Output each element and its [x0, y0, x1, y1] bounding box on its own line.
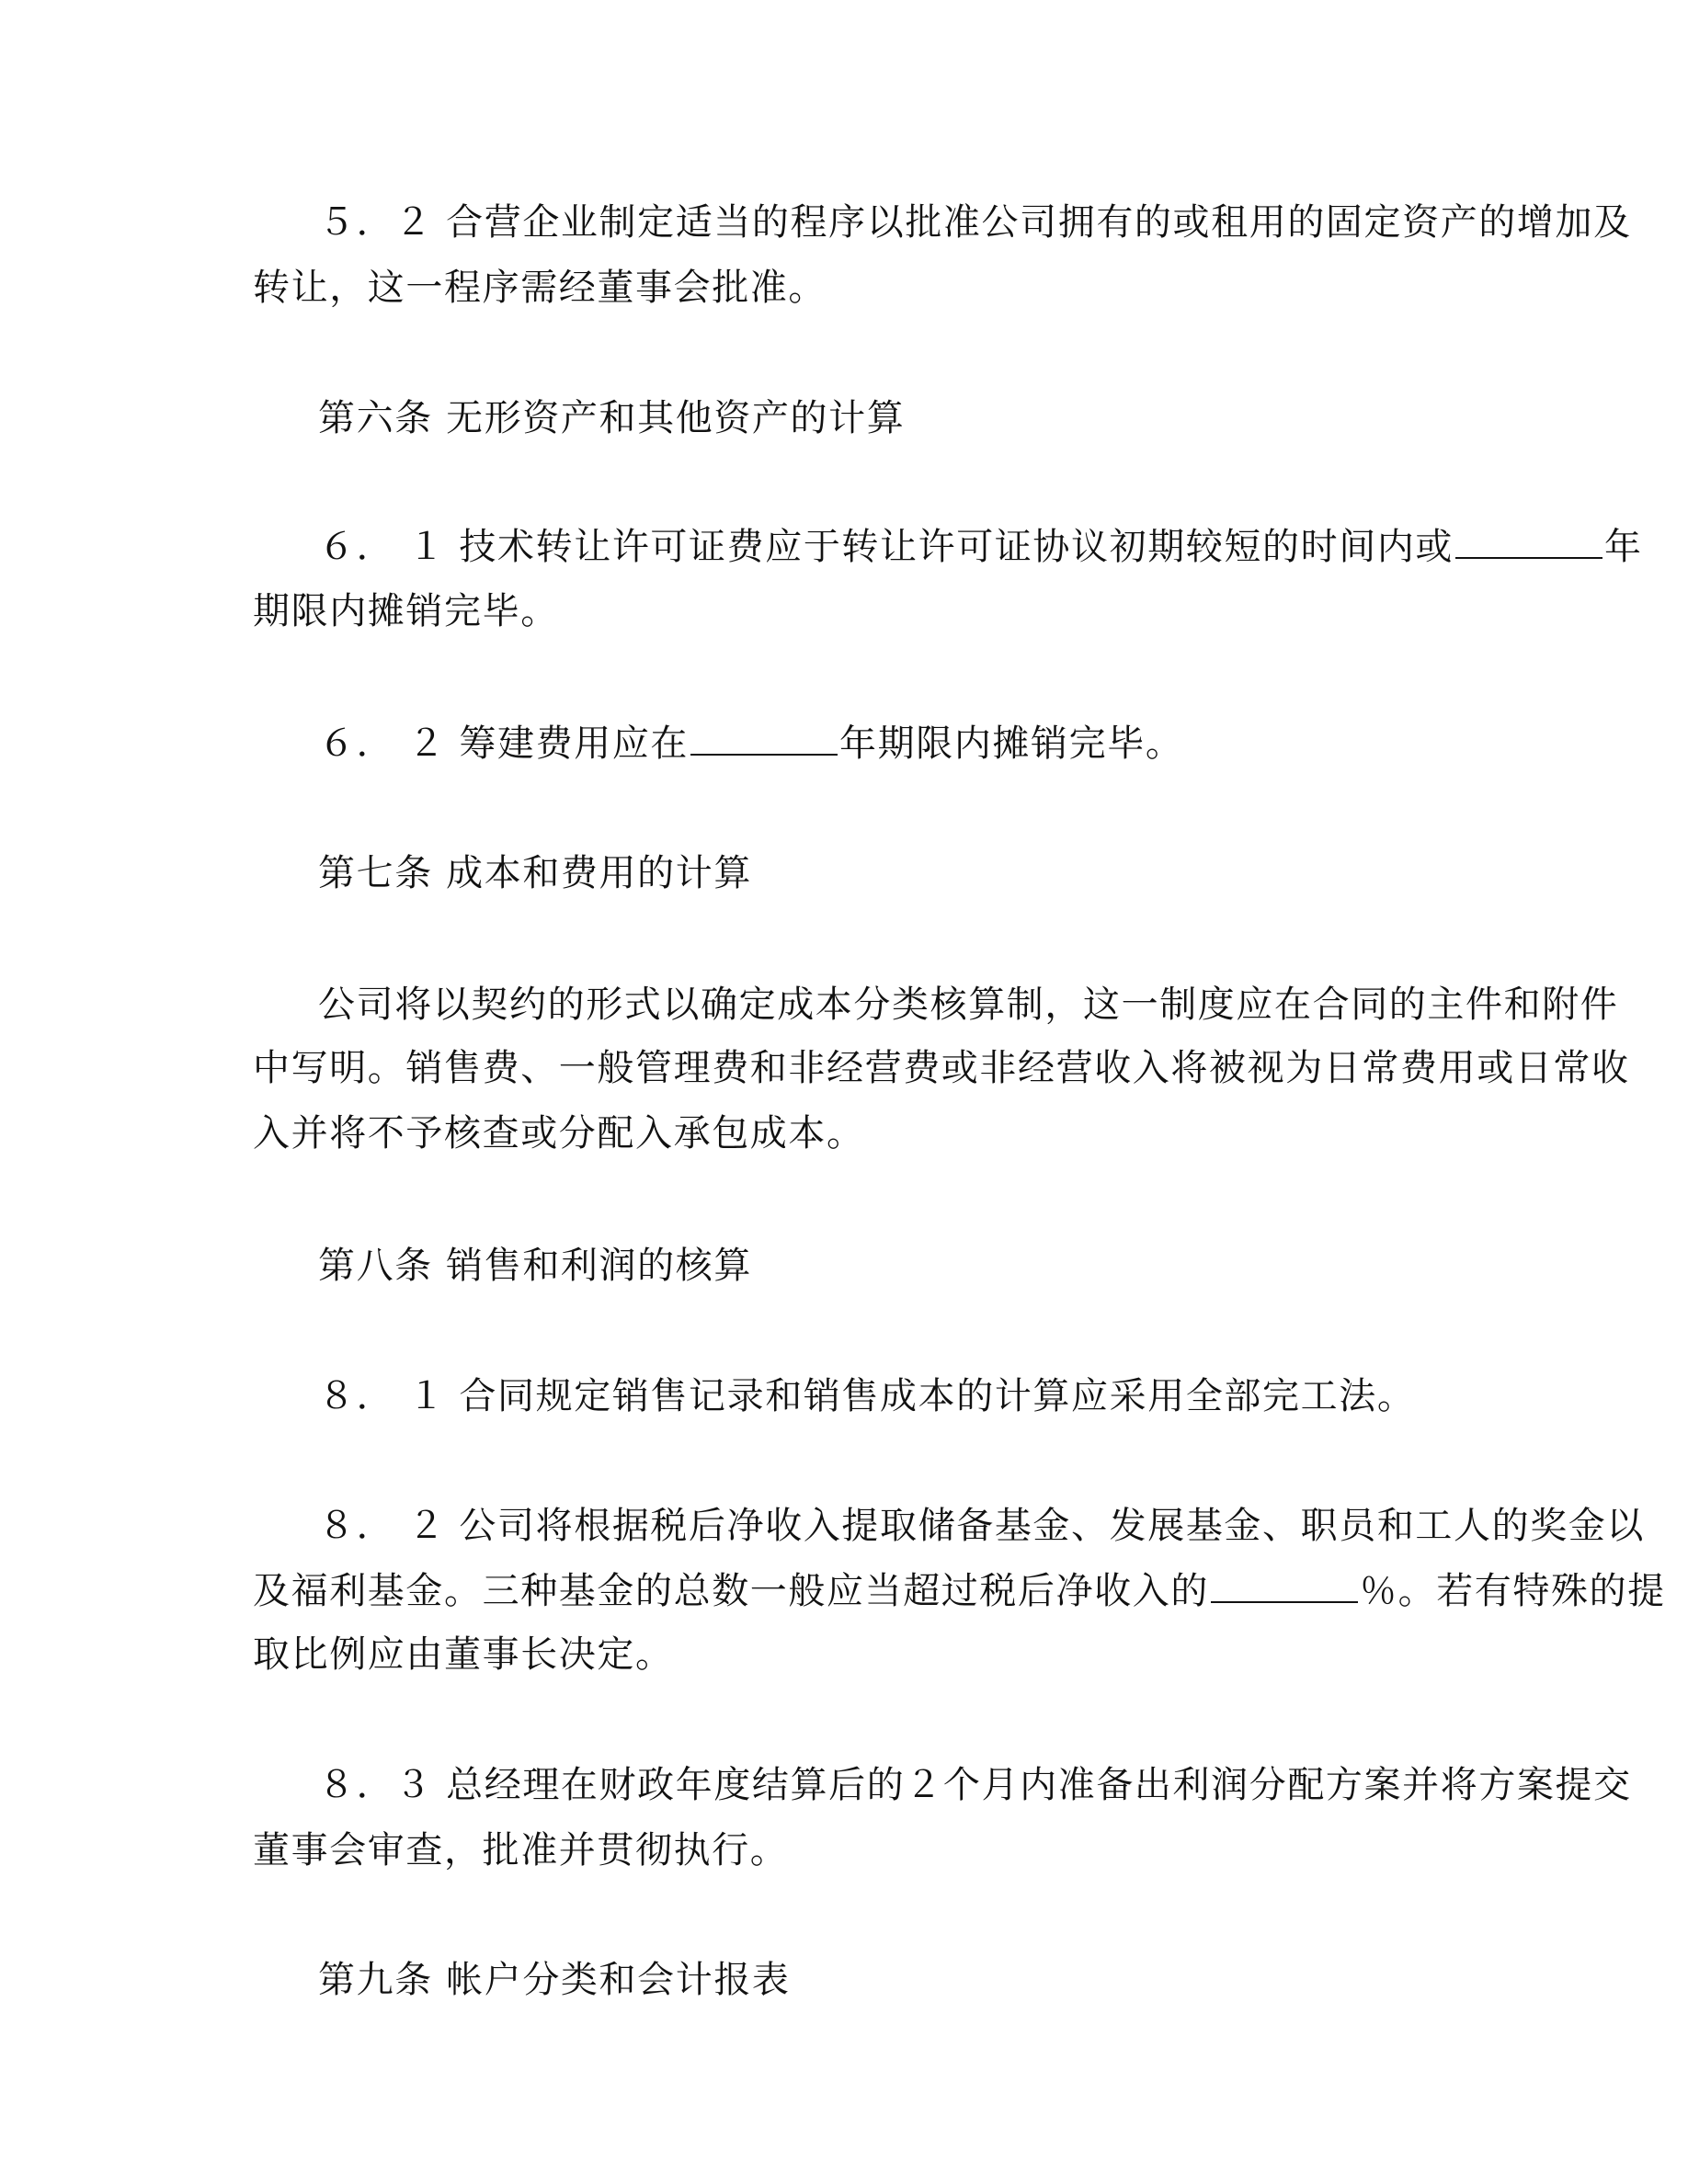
clause-8-2-line-1: ８． ２ 公司将根据税后净收入提取储备基金、发展基金、职员和工人的奖金以 [318, 1503, 1523, 1549]
clause-8-2-line-2: 及福利基金。三种基金的总数一般应当超过税后净收入的％。若有特殊的提 [253, 1568, 1457, 1614]
clause-6-2-text: ６． ２ 筹建费用应在 [318, 722, 689, 765]
article-6-heading: 第六条 无形资产和其他资产的计算 [318, 395, 1523, 441]
clause-6-2-tail: 年期限内摊销完毕。 [839, 722, 1183, 765]
clause-8-2-text: 及福利基金。三种基金的总数一般应当超过税后净收入的 [253, 1570, 1209, 1612]
clause-6-1-unit: 年 [1604, 526, 1643, 568]
clause-5-2-line-1: ５．２ 合营企业制定适当的程序以批准公司拥有的或租用的固定资产的增加及 [318, 199, 1523, 245]
clause-8-2-line-3: 取比例应由董事长决定。 [253, 1632, 1457, 1678]
article-8-heading: 第八条 销售和利润的核算 [318, 1243, 1523, 1289]
clause-5-2-line-2: 转让，这一程序需经董事会批准。 [253, 265, 1457, 311]
article-9-heading: 第九条 帐户分类和会计报表 [318, 1957, 1523, 2003]
clause-6-1-text: ６． １ 技术转让许可证费应于转让许可证协议初期较短的时间内或 [318, 526, 1454, 568]
article-7-body-line-1: 公司将以契约的形式以确定成本分类核算制，这一制度应在合同的主件和附件 [318, 982, 1523, 1028]
clause-6-2: ６． ２ 筹建费用应在年期限内摊销完毕。 [318, 721, 1523, 767]
clause-6-1-line-2: 期限内摊销完毕。 [253, 588, 1457, 634]
blank-field-years [690, 722, 838, 756]
blank-field-percent [1211, 1570, 1358, 1603]
clause-8-1: ８． １ 合同规定销售记录和销售成本的计算应采用全部完工法。 [318, 1373, 1523, 1419]
clause-8-3-line-1: ８．３ 总经理在财政年度结算后的２个月内准备出利润分配方案并将方案提交 [318, 1762, 1523, 1808]
article-7-body-line-2: 中写明。销售费、一般管理费和非经营费或非经营收入将被视为日常费用或日常收 [253, 1045, 1457, 1091]
clause-8-3-line-2: 董事会审查，批准并贯彻执行。 [253, 1827, 1457, 1873]
clause-8-2-tail: ％。若有特殊的提 [1360, 1570, 1666, 1612]
article-7-heading: 第七条 成本和费用的计算 [318, 850, 1523, 896]
clause-6-1-line-1: ６． １ 技术转让许可证费应于转让许可证协议初期较短的时间内或年 [318, 524, 1523, 570]
blank-field-years [1455, 526, 1602, 559]
article-7-body-line-3: 入并将不予核查或分配入承包成本。 [253, 1110, 1457, 1156]
